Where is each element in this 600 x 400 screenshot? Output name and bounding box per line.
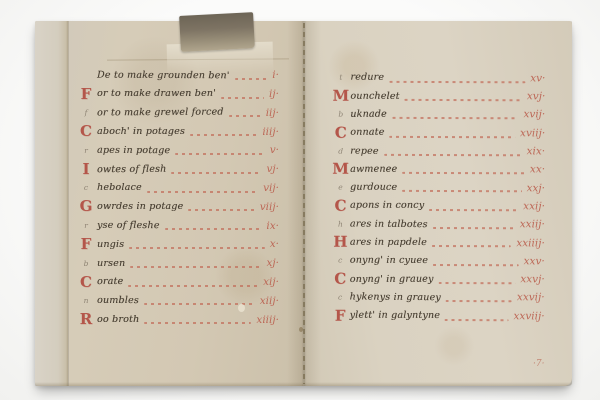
dotted-leader (171, 172, 261, 174)
index-entry: Mouncheletxvj· (331, 87, 545, 106)
rubricated-initial: C (331, 125, 350, 140)
dotted-leader (446, 300, 512, 302)
rubricated-initial: M (331, 162, 350, 177)
entry-title: or to make grewel forced (97, 108, 224, 118)
rubricated-initial: C (75, 124, 97, 139)
manuscript-right-page: tredurexv·Mouncheletxvj·buknadexvij·Conn… (304, 21, 572, 386)
dotted-leader (128, 285, 258, 287)
entry-title: apons in concy (350, 201, 424, 211)
dotted-leader (402, 172, 525, 174)
entry-numeral: ix· (266, 221, 279, 232)
dotted-leader (144, 322, 251, 324)
guide-letter: c (331, 257, 350, 265)
entry-numeral: ij· (269, 89, 279, 100)
dotted-leader (439, 282, 516, 284)
guide-letter: b (75, 260, 97, 268)
entry-numeral: xxiij· (520, 220, 545, 231)
index-entry: drepeexix· (331, 142, 545, 161)
rubricated-initial: F (75, 87, 97, 102)
entry-numeral: iiij· (262, 127, 279, 138)
dotted-leader (129, 247, 265, 249)
dotted-leader (389, 80, 525, 82)
entry-title: onnate (350, 128, 384, 138)
index-entry: Roo brothxiiij· (75, 310, 279, 329)
index-entry: Fylett' in galyntynexxviij· (331, 306, 545, 325)
index-entry: Coratexij· (75, 273, 279, 292)
entry-title: or to make drawen ben' (97, 89, 216, 99)
dotted-leader (188, 209, 254, 211)
entry-title: ounchelet (350, 91, 399, 101)
guide-letter: t (331, 74, 350, 82)
entry-numeral: xv· (530, 73, 545, 84)
entry-numeral: xvj· (527, 91, 545, 102)
entry-title: orate (97, 277, 123, 287)
index-entry: noumblesxiij· (75, 292, 279, 311)
entry-title: onyng' in cyuee (350, 256, 428, 266)
dotted-leader (402, 190, 521, 192)
index-entry: Gowrdes in potageviij· (75, 198, 279, 217)
entry-numeral: xxiiij· (516, 238, 545, 249)
dotted-leader (147, 191, 258, 193)
entry-numeral: xiiij· (256, 315, 279, 326)
guide-letter: r (75, 222, 97, 230)
left-page-index: De to make grounden ben'i·For to make dr… (75, 66, 279, 329)
guide-letter: d (331, 147, 350, 155)
index-entry: chebolacevij· (75, 179, 279, 198)
entry-numeral: xx· (530, 165, 545, 176)
entry-title: ares in papdele (350, 238, 427, 248)
entry-title: repee (350, 146, 379, 156)
entry-numeral: xj· (266, 258, 279, 269)
spine-gutter-line (303, 23, 305, 384)
entry-numeral: xviij· (520, 128, 545, 139)
dotted-leader (175, 153, 264, 155)
dotted-leader (433, 227, 515, 229)
entry-numeral: xxv· (524, 256, 545, 267)
entry-title: aboch' in potages (97, 127, 185, 137)
entry-numeral: v· (270, 145, 279, 156)
guide-letter: r (75, 147, 97, 155)
entry-numeral: xxvj· (520, 274, 544, 285)
entry-numeral: xvij· (523, 110, 545, 121)
dotted-leader (392, 117, 519, 119)
dotted-leader (130, 266, 261, 268)
folio-number-mark: ·7· (533, 359, 544, 369)
rubricated-initial: F (331, 308, 350, 323)
dotted-leader (433, 264, 519, 266)
index-entry: Mawmeneexx· (331, 160, 545, 179)
entry-title: redure (350, 73, 384, 83)
entry-title: ungis (97, 240, 124, 250)
index-entry: tredurexv· (331, 69, 545, 88)
open-manuscript-book: De to make grounden ben'i·For to make dr… (35, 21, 572, 386)
rubricated-initial: C (331, 272, 350, 287)
index-entry: ryse of flesheix· (75, 216, 279, 235)
entry-numeral: xxj· (527, 183, 545, 194)
rubricated-initial: M (331, 89, 350, 104)
rubricated-initial: I (75, 162, 97, 177)
guide-letter: b (331, 111, 350, 119)
guide-letter: c (331, 294, 350, 302)
entry-title: owrdes in potage (97, 202, 183, 212)
entry-title: apes in potage (97, 146, 170, 156)
index-entry: Conyng' in graueyxxvj· (331, 270, 545, 289)
index-entry: Iowtes of fleshvj· (75, 160, 279, 179)
dotted-leader (429, 209, 518, 211)
guide-letter: h (331, 220, 350, 228)
index-entry: buknadexvij· (331, 105, 545, 124)
guide-letter: n (75, 297, 97, 305)
entry-numeral: xxij· (523, 201, 545, 212)
entry-title: owtes of flesh (97, 164, 166, 174)
rubricated-initial: G (75, 199, 97, 214)
index-entry: Fungisx· (75, 235, 279, 254)
index-entry: Connatexviij· (331, 124, 545, 143)
tape-repair (179, 12, 255, 52)
entry-title: ylett' in galyntyne (350, 311, 441, 321)
entry-numeral: vij· (263, 183, 279, 194)
rubricated-initial: H (331, 235, 350, 250)
entry-title: awmenee (350, 165, 397, 175)
entry-numeral: xiij· (260, 296, 279, 307)
dotted-leader (445, 319, 508, 321)
entry-numeral: viij· (260, 202, 279, 213)
entry-title: ares in talbotes (350, 219, 428, 229)
entry-numeral: iij· (266, 108, 279, 119)
photo-background: De to make grounden ben'i·For to make dr… (0, 0, 600, 400)
dotted-leader (229, 115, 261, 117)
entry-numeral: xxvij· (517, 293, 545, 304)
dotted-leader (389, 135, 515, 137)
dotted-leader (432, 245, 511, 247)
index-entry: conyng' in cyueexxv· (331, 252, 545, 271)
dotted-leader (235, 78, 268, 80)
entry-numeral: xxviij· (513, 311, 544, 322)
entry-title: yse of fleshe (97, 221, 160, 231)
index-entry: for to make grewel forcediij· (75, 104, 279, 123)
entry-title: oumbles (97, 296, 139, 306)
guide-letter: f (75, 109, 97, 117)
left-page-turn-in-strip (35, 21, 69, 386)
index-entry: rapes in potagev· (75, 141, 279, 160)
rubricated-initial: C (331, 198, 350, 213)
manuscript-left-page: De to make grounden ben'i·For to make dr… (35, 21, 303, 386)
entry-title: onyng' in grauey (350, 274, 434, 284)
index-entry: Caboch' in potagesiiij· (75, 122, 279, 141)
index-entry: Capons in concyxxij· (331, 197, 545, 216)
entry-title: oo broth (97, 315, 139, 325)
index-entry: Hares in papdelexxiiij· (331, 233, 545, 252)
index-entry: hares in talbotesxxiij· (331, 215, 545, 234)
index-entry: chykenys in graueyxxvij· (331, 288, 545, 307)
entry-numeral: x· (270, 239, 279, 250)
ink-speck (299, 327, 303, 332)
dotted-leader (405, 99, 522, 101)
guide-letter: c (75, 184, 97, 192)
entry-numeral: xix· (527, 146, 546, 157)
entry-numeral: i· (272, 70, 279, 81)
rubricated-initial: F (75, 237, 97, 252)
entry-title: hebolace (97, 183, 142, 193)
dotted-leader (190, 134, 257, 136)
entry-title: gurdouce (350, 183, 397, 193)
dotted-leader (165, 228, 262, 230)
right-page-index: tredurexv·Mouncheletxvj·buknadexvij·Conn… (331, 69, 546, 326)
index-entry: For to make drawen ben'ij· (75, 85, 279, 104)
index-entry: egurdoucexxj· (331, 178, 545, 197)
entry-numeral: xij· (263, 277, 279, 288)
dotted-leader (221, 97, 264, 99)
rubricated-initial: R (75, 312, 97, 327)
index-entry: bursenxj· (75, 254, 279, 273)
entry-title: ursen (97, 259, 125, 269)
rubricated-initial: C (75, 275, 97, 290)
guide-letter: e (331, 184, 350, 192)
entry-title: hykenys in grauey (350, 292, 441, 302)
entry-title: uknade (350, 110, 387, 120)
parchment-flaw (238, 304, 245, 312)
dotted-leader (384, 154, 522, 156)
entry-numeral: vj· (266, 164, 279, 175)
